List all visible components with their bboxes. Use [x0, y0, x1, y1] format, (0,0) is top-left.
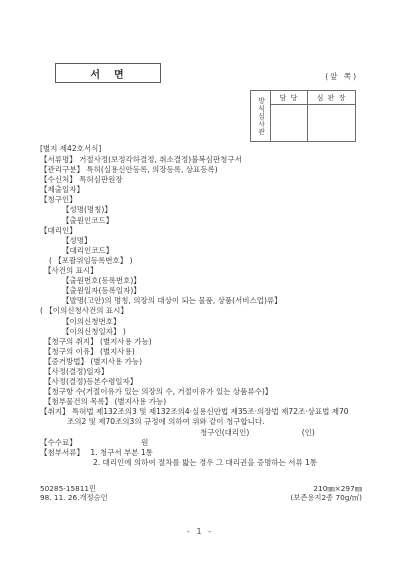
- footer-left: 50285-15811민 98. 11. 26.개정승인: [40, 484, 108, 502]
- footer: 50285-15811민 98. 11. 26.개정승인 210㎜×297㎜ (…: [40, 484, 362, 502]
- signature-seal: (인): [302, 428, 315, 437]
- field-line: ( 【포괄위임등록번호】 ): [40, 256, 370, 266]
- document-body: 【서류명】 거절사정(보정각하결정, 취소결정)불복심판청구서 【관리구분】 특…: [40, 155, 370, 468]
- field-line: 【출원번호(등록번호)】: [40, 276, 370, 286]
- attachment-item: 1. 청구서 부본 1통: [90, 448, 153, 457]
- document-title: 서 면: [90, 66, 125, 81]
- footer-paper-size: 210㎜×297㎜: [290, 484, 362, 493]
- field-line: 【청구항 수(거절이유가 있는 의장의 수, 거절이유가 있는 상품류수)】: [40, 387, 370, 397]
- field-line: 【성명(명칭)】: [40, 205, 370, 215]
- footer-revision-date: 98. 11. 26.개정승인: [40, 493, 108, 502]
- fee-line: 【수수료】 원: [40, 438, 370, 448]
- fee-unit: 원: [141, 438, 148, 447]
- field-line: 【발명(고안)의 명칭, 의장의 대상이 되는 물품, 상품(서비스업)류】: [40, 296, 370, 306]
- stamp-cell-damdang: [271, 105, 308, 142]
- stamp-vertical-header: 방식심사관: [251, 91, 271, 142]
- field-line: 【수신처】 특허심판원장: [40, 175, 370, 185]
- stamp-col-header-simpanjang: 심 판 장: [308, 91, 356, 105]
- field-line: 【서류명】 거절사정(보정각하결정, 취소결정)불복심판청구서: [40, 155, 370, 165]
- approval-stamp-table: 방식심사관 담 당 심 판 장: [250, 90, 356, 142]
- field-line: 【청구의 취지】 (별지사용 가능): [40, 337, 370, 347]
- field-line: 【청구인】: [40, 195, 370, 205]
- footer-right: 210㎜×297㎜ (보존용지2종 70g/㎡): [290, 484, 362, 502]
- field-line: 【사정(결정)등본수령일자】: [40, 377, 370, 387]
- field-line: 【증거방법】 (별지사용 가능): [40, 357, 370, 367]
- field-line: 【출원인코드】: [40, 216, 370, 226]
- document-title-box: 서 면: [55, 63, 161, 83]
- page-number: - 1 -: [0, 527, 400, 536]
- footer-form-number: 50285-15811민: [40, 484, 108, 493]
- field-line-purpose-cont: 조의2 및 제70조의3의 규정에 의하여 위와 같이 청구합니다.: [40, 417, 370, 427]
- orientation-label: (앞 쪽): [325, 71, 358, 82]
- field-line: 【이의신청번호】: [40, 317, 370, 327]
- attachment-item: 2. 대리인에 의하여 절차를 밟는 경우 그 대리권을 증명하는 서류 1통: [40, 458, 370, 468]
- field-line: 【대리인코드】: [40, 246, 370, 256]
- field-line: 【대리인】: [40, 226, 370, 236]
- field-line: 【청구의 이유】 (별지사용): [40, 347, 370, 357]
- field-line: 【제출일자】: [40, 185, 370, 195]
- field-line: 【출원일자(등록일자)】: [40, 286, 370, 296]
- field-line: 【사건의 표시】: [40, 266, 370, 276]
- footer-paper-spec: (보존용지2종 70g/㎡): [290, 493, 362, 502]
- form-reference: [별지 제42호서식]: [40, 143, 101, 154]
- field-line: 【성명】: [40, 236, 370, 246]
- field-line-purpose: 【취지】 특허법 제132조의3 및 제132조의4·실용신안법 제35조·의장…: [40, 407, 370, 417]
- field-line: 【사정(결정)일자】: [40, 367, 370, 377]
- signature-name: 청구인(대리인): [200, 428, 249, 437]
- field-line: ( 【이의신청사건의 표시】: [40, 306, 370, 316]
- stamp-col-header-damdang: 담 당: [271, 91, 308, 105]
- field-line: 【이의신청일자】 ): [40, 327, 370, 337]
- signature-line: 청구인(대리인) (인): [40, 428, 370, 438]
- document-page: 서 면 (앞 쪽) 방식심사관 담 당 심 판 장 [별지 제42호서식] 【서…: [0, 0, 400, 566]
- attachments-line: 【첨부서류】 1. 청구서 부본 1통: [40, 448, 370, 458]
- field-line: 【첨부물건의 목록】 (별지사용 가능): [40, 397, 370, 407]
- attachments-label: 【첨부서류】: [40, 448, 84, 457]
- fee-label: 【수수료】: [40, 438, 77, 447]
- field-line: 【관리구분】 특허(실용신안등록, 의장등록, 상표등록): [40, 165, 370, 175]
- stamp-cell-simpanjang: [308, 105, 356, 142]
